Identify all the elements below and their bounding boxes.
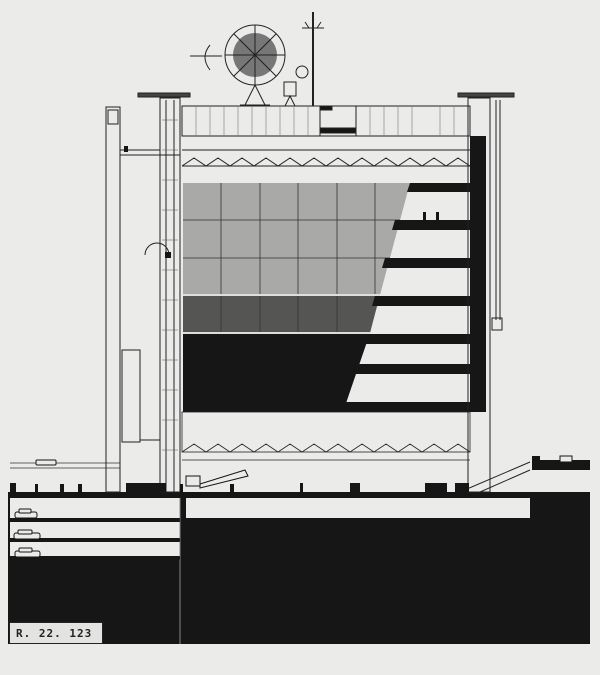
roof-band — [182, 106, 470, 166]
section-drawing — [0, 0, 600, 675]
underground — [8, 456, 590, 644]
reference-label: R. 22. 123 — [9, 622, 103, 644]
rooftop-equipment — [138, 12, 514, 106]
drawing-sheet: R. 22. 123 — [0, 0, 600, 675]
left-towers — [106, 98, 180, 492]
